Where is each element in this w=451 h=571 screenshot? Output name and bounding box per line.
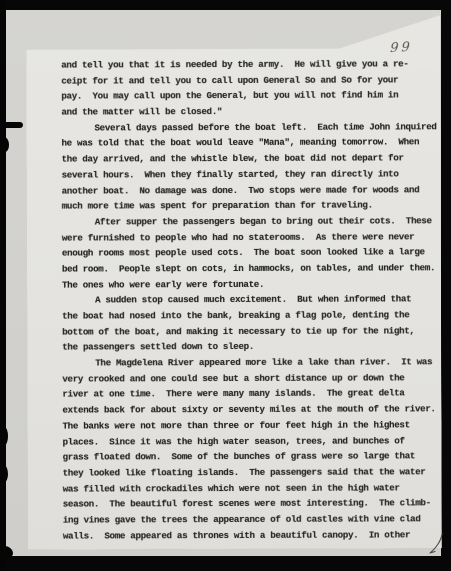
text-line: places. Since it was the high water seas… — [63, 433, 442, 450]
text-line: season. The beautiful forest scenes were… — [63, 496, 442, 513]
text-line: pay. You may call upon the General, but … — [61, 88, 440, 105]
text-line: Several days passed before the boat left… — [61, 119, 440, 136]
scan-artifact-blob — [0, 465, 8, 482]
text-line: ceipt for it and tell you to call upon G… — [61, 72, 440, 89]
text-line: extends back for about sixty or seventy … — [62, 401, 441, 418]
handwritten-page-number: 99 — [390, 40, 413, 56]
text-line: was filled with crockadiles which were n… — [63, 480, 442, 497]
text-line: another boat. No damage was done. Two st… — [62, 182, 441, 199]
scan-edge-left — [0, 0, 6, 571]
text-line: enough rooms most people used cots. The … — [62, 245, 441, 262]
text-line: The ones who were early were fortunate. — [62, 276, 441, 293]
pencil-stroke-mark — [428, 533, 446, 555]
text-line: ing vines gave the trees the appearance … — [63, 511, 442, 528]
typed-text-body: and tell you that it is needed by the ar… — [61, 56, 442, 544]
text-line: The banks were not more than three or fo… — [62, 417, 441, 434]
text-line: the day arrived, and the whistle blew, t… — [62, 150, 441, 167]
text-line: the passengers settled down to sleep. — [62, 339, 441, 356]
scanned-document-page: 99 and tell you that it is needed by the… — [0, 0, 451, 571]
text-line: the boat had nosed into the bank, breaki… — [62, 307, 441, 324]
text-line: walls. Some appeared as thrones with a b… — [63, 527, 442, 544]
text-line: A sudden stop caused much excitement. Bu… — [62, 292, 441, 309]
text-line: bottom of the boat, and making it necess… — [62, 323, 441, 340]
scan-artifact-dash — [2, 122, 23, 128]
text-line: were furnished to people who had no stat… — [62, 229, 441, 246]
scan-artifact-blob — [0, 137, 9, 152]
text-line: much more time was spent for preparation… — [62, 197, 441, 214]
text-line: and tell you that it is needed by the ar… — [61, 56, 440, 73]
text-line: river at one time. There were many many … — [62, 386, 441, 403]
text-line: very crooked and one could see but a sho… — [62, 370, 441, 387]
text-line: they looked like floating islands. The p… — [63, 464, 442, 481]
text-line: After supper the passengers began to bri… — [62, 213, 441, 230]
text-line: he was told that the boat would leave "M… — [61, 135, 440, 152]
text-line: grass floated down. Some of the bunches … — [63, 448, 442, 465]
text-line: and the matter will be closed." — [61, 103, 440, 120]
text-line: bed room. People slept on cots, in hammo… — [62, 260, 441, 277]
text-line: several hours. When they finally started… — [62, 166, 441, 183]
text-line: The Magdelena River appeared more like a… — [62, 354, 441, 371]
typed-page: 99 and tell you that it is needed by the… — [26, 12, 442, 549]
